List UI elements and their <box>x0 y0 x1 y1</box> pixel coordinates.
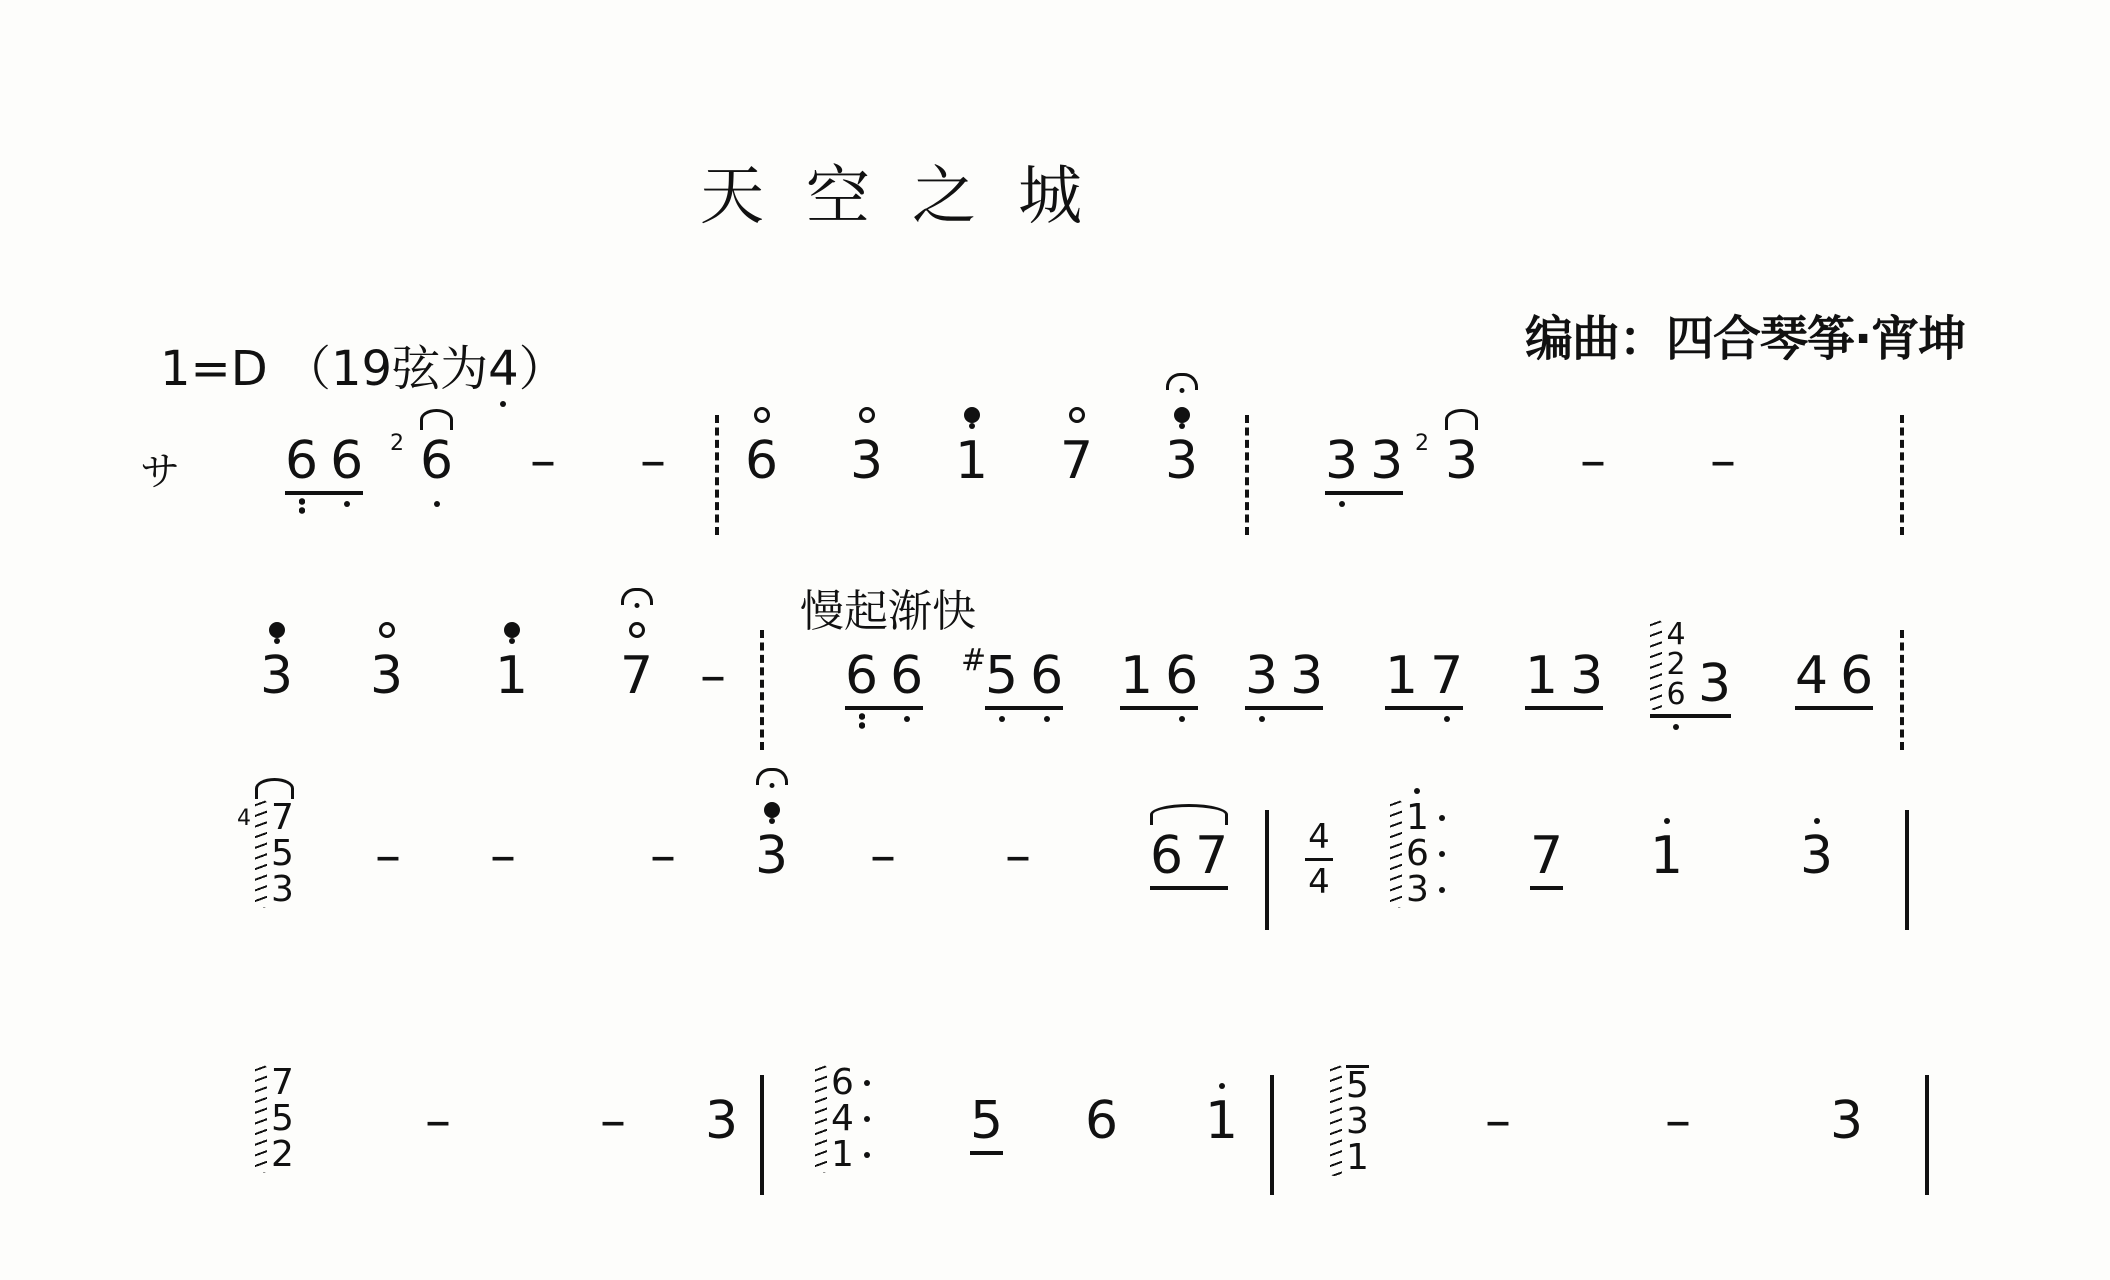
notation-item: 6 <box>745 435 778 487</box>
grace-note: 2 <box>1415 433 1429 455</box>
notation-item: 7 <box>1060 435 1093 487</box>
note-digit: 1 <box>1406 800 1429 836</box>
notation-item: 3 <box>850 435 883 487</box>
note: 1 <box>1205 1095 1238 1147</box>
notation-item: 32 <box>1445 435 1478 487</box>
note-digit: 1 <box>1346 1140 1369 1176</box>
grace-note: 2 <box>390 433 404 455</box>
eighth-note-beam: 4263 <box>1650 620 1731 718</box>
note-digit: 7 <box>271 800 294 836</box>
fermata-icon <box>1166 373 1198 390</box>
sustain-dash: – <box>490 830 516 882</box>
note-group: 66 <box>285 435 363 495</box>
notation-item: 13 <box>1525 650 1603 710</box>
barline <box>1265 810 1269 930</box>
notation-item: 1 <box>495 650 528 702</box>
notation-item: – <box>1005 830 1031 882</box>
notation-item: 1 <box>1205 1095 1238 1147</box>
note-digit: 3 <box>260 650 293 702</box>
eighth-note-beam: 56 <box>985 650 1063 710</box>
sustain-dash: – <box>640 435 666 487</box>
note: 3 <box>1165 435 1198 487</box>
notation-item: 7534 <box>255 800 294 908</box>
note-group: 7 <box>1530 830 1563 890</box>
notation-item: 3 <box>705 1095 738 1147</box>
note-digit: 2 <box>1666 650 1686 680</box>
note-digit: 1 <box>831 1137 854 1173</box>
slur-icon <box>1150 804 1228 825</box>
note-digit: 3 <box>1570 650 1603 702</box>
sustain-dash: – <box>1580 435 1606 487</box>
time-signature-line <box>1305 858 1333 861</box>
glissando-icon <box>815 1065 827 1173</box>
note-digit: 6 <box>285 435 318 487</box>
notation-item: 7 <box>620 650 653 702</box>
note-digit: 6 <box>1840 650 1873 702</box>
notation-item: – <box>1580 435 1606 487</box>
barline <box>1905 810 1909 930</box>
eighth-note-beam: 46 <box>1795 650 1873 710</box>
chord: 641 <box>815 1065 870 1173</box>
note-digit: 7 <box>1060 435 1093 487</box>
notation-item: 17 <box>1385 650 1463 710</box>
note-digit: 7 <box>1530 830 1563 882</box>
note-digit: 3 <box>1165 435 1198 487</box>
note-digit: 5 <box>970 1095 1003 1147</box>
tuning-note-pitch: 4 <box>488 341 519 397</box>
key-text: 1=D <box>160 341 268 397</box>
barline <box>1900 630 1904 750</box>
notation-item: 3 <box>1800 830 1833 882</box>
notation-item: 1 <box>1650 830 1683 882</box>
note-group: 33 <box>1325 435 1403 495</box>
notation-item: 33 <box>1245 650 1323 710</box>
note-digit: 6 <box>1030 650 1063 702</box>
barline <box>760 1075 764 1195</box>
sustain-dash: – <box>600 1095 626 1147</box>
free-meter-mark: サ <box>140 440 180 497</box>
barline <box>1925 1075 1929 1195</box>
notation-item: 752 <box>255 1065 294 1173</box>
note-group: 5 <box>970 1095 1003 1155</box>
note-digit: 6 <box>1085 1095 1118 1147</box>
chord-stack: 752 <box>271 1065 294 1173</box>
note-digit: 5 <box>985 650 1018 702</box>
note: 3 <box>705 1095 738 1147</box>
note: 6 <box>1085 1095 1118 1147</box>
dot-marks <box>1439 800 1445 908</box>
note-digit: 1 <box>1205 1095 1238 1147</box>
glissando-icon <box>1650 620 1662 710</box>
note-digit: 6 <box>1165 650 1198 702</box>
note-digit: 3 <box>1800 830 1833 882</box>
note-digit: 3 <box>1445 435 1478 487</box>
dot-marks <box>864 1065 870 1173</box>
tuning-note-prefix: （19弦为 <box>283 341 488 397</box>
time-signature-bottom: 4 <box>1308 865 1330 899</box>
notation-item: – <box>490 830 516 882</box>
notation-item: – <box>600 1095 626 1147</box>
sustain-dash: – <box>1710 435 1736 487</box>
glissando-icon <box>1390 800 1402 908</box>
notation-item: – <box>650 830 676 882</box>
note-digit: 6 <box>845 650 878 702</box>
notation-item: 641 <box>815 1065 870 1173</box>
note-group: 46 <box>1795 650 1873 710</box>
note: 7 <box>1060 435 1093 487</box>
note-digit: 3 <box>1325 435 1358 487</box>
slur-icon <box>255 778 294 799</box>
note-group: 13 <box>1525 650 1603 710</box>
barline <box>1245 415 1249 535</box>
notation-item: – <box>870 830 896 882</box>
notation-item: – <box>640 435 666 487</box>
notation-item: – <box>425 1095 451 1147</box>
glissando-icon <box>1330 1065 1342 1176</box>
notation-item: 5 <box>970 1095 1003 1155</box>
notation-item: – <box>1710 435 1736 487</box>
barline <box>715 415 719 535</box>
eighth-note-beam: 33 <box>1245 650 1323 710</box>
chord: 531 <box>1330 1065 1369 1176</box>
note-digit: 7 <box>1430 650 1463 702</box>
note-digit: 6 <box>831 1065 854 1101</box>
notation-item: 66 <box>845 650 923 710</box>
note-digit: 1 <box>1385 650 1418 702</box>
sustain-dash: – <box>1005 830 1031 882</box>
sustain-dash: – <box>530 435 556 487</box>
note: 3 <box>260 650 293 702</box>
note: 7 <box>620 650 653 702</box>
chord: 7534 <box>255 800 294 908</box>
notation-item: 7 <box>1530 830 1563 890</box>
note-digit: 3 <box>1406 872 1429 908</box>
eighth-note-beam: 7 <box>1530 830 1563 890</box>
note-digit: 5 <box>271 836 294 872</box>
barline <box>1900 415 1904 535</box>
chord: 752 <box>255 1065 294 1173</box>
note-digit: 7 <box>620 650 653 702</box>
chord: 426 <box>1650 620 1686 710</box>
note-digit: 3 <box>850 435 883 487</box>
fermata-icon <box>621 588 653 605</box>
key-signature: 1=D （19弦为4） <box>160 330 567 399</box>
note-digit: 6 <box>420 435 453 487</box>
note: 32 <box>1445 435 1478 487</box>
notation-item: 1 <box>955 435 988 487</box>
fermata-icon <box>756 768 788 785</box>
sustain-dash: – <box>1485 1095 1511 1147</box>
note: 62 <box>420 435 453 487</box>
notation-item: 4263 <box>1650 620 1731 718</box>
barline <box>1270 1075 1274 1195</box>
tuning-note-suffix: ） <box>519 341 567 397</box>
eighth-note-beam: 17 <box>1385 650 1463 710</box>
notation-item: 3 <box>1165 435 1198 487</box>
note-digit: 4 <box>1666 620 1686 650</box>
note-digit: 6 <box>1150 830 1183 882</box>
notation-item: 6 <box>1085 1095 1118 1147</box>
note: 3 <box>370 650 403 702</box>
note-digit: 1 <box>955 435 988 487</box>
eighth-note-beam: 5 <box>970 1095 1003 1155</box>
note: 6 <box>745 435 778 487</box>
chord-stack: 531 <box>1346 1065 1369 1176</box>
note-group: 67 <box>1150 830 1228 890</box>
note-digit: 6 <box>890 650 923 702</box>
note-digit: 5 <box>271 1101 294 1137</box>
note-digit: 3 <box>1290 650 1323 702</box>
eighth-note-beam: 66 <box>285 435 363 495</box>
sustain-dash: – <box>375 830 401 882</box>
note-digit: 5 <box>1346 1065 1369 1104</box>
chord-stack: 163 <box>1406 800 1429 908</box>
notation-item: 66 <box>285 435 363 495</box>
note-digit: 4 <box>1795 650 1828 702</box>
sustain-dash: – <box>700 650 726 702</box>
note: 3 <box>850 435 883 487</box>
note-group: 66 <box>845 650 923 710</box>
note-digit: 6 <box>330 435 363 487</box>
note-digit: 7 <box>1195 830 1228 882</box>
chord-stack: 753 <box>271 800 294 908</box>
time-signature-top: 4 <box>1308 820 1330 854</box>
notation-item: – <box>1665 1095 1691 1147</box>
score-sheet: 天空之城 1=D （19弦为4） 编曲：四合琴筝·宵坤 慢起渐快 サ 6662–… <box>0 0 2110 1280</box>
note-digit: 3 <box>370 650 403 702</box>
notation-item: 3 <box>755 830 788 882</box>
notation-item: 16 <box>1120 650 1198 710</box>
sustain-dash: – <box>425 1095 451 1147</box>
note-digit: 3 <box>705 1095 738 1147</box>
sustain-dash: – <box>870 830 896 882</box>
notation-item: 56# <box>985 650 1063 710</box>
notation-item: 3 <box>370 650 403 702</box>
note-group: 33 <box>1245 650 1323 710</box>
sustain-dash: – <box>650 830 676 882</box>
note: 1 <box>495 650 528 702</box>
note-digit: 1 <box>1650 830 1683 882</box>
notation-item: – <box>1485 1095 1511 1147</box>
note-digit: 6 <box>1406 836 1429 872</box>
note-digit: 3 <box>755 830 788 882</box>
note-digit: 4 <box>831 1101 854 1137</box>
notation-item: – <box>700 650 726 702</box>
sustain-dash: – <box>1665 1095 1691 1147</box>
glissando-icon <box>255 800 267 908</box>
note-digit: 3 <box>1698 658 1731 710</box>
note-digit: 3 <box>271 872 294 908</box>
notation-item: 33 <box>1325 435 1403 495</box>
glissando-icon <box>255 1065 267 1173</box>
chord: 163 <box>1390 800 1445 908</box>
eighth-note-beam: 16 <box>1120 650 1198 710</box>
time-signature: 44 <box>1305 820 1333 899</box>
tempo-marking: 慢起渐快 <box>800 575 976 639</box>
notation-item: 163 <box>1390 800 1445 908</box>
notation-item: – <box>375 830 401 882</box>
eighth-note-beam: 66 <box>845 650 923 710</box>
slur-icon <box>1445 409 1478 430</box>
note: 3 <box>1800 830 1833 882</box>
arranger-credit: 编曲：四合琴筝·宵坤 <box>1525 300 1965 369</box>
note-digit: 3 <box>1245 650 1278 702</box>
note: 1 <box>955 435 988 487</box>
song-title: 天空之城 <box>700 145 1124 237</box>
note-digit: 3 <box>1370 435 1403 487</box>
notation-item: – <box>530 435 556 487</box>
notation-item: 46 <box>1795 650 1873 710</box>
sharp-icon: # <box>961 646 986 676</box>
eighth-note-beam: 67 <box>1150 830 1228 890</box>
notation-item: 62 <box>420 435 453 487</box>
chord-note-group: 4263 <box>1650 620 1731 718</box>
chord-stack: 641 <box>831 1065 854 1173</box>
chord-stack: 426 <box>1666 620 1686 710</box>
note: 1 <box>1650 830 1683 882</box>
note-digit: 7 <box>271 1065 294 1101</box>
notation-item: 67 <box>1150 830 1228 890</box>
notation-item: 3 <box>1830 1095 1863 1147</box>
note-digit: 1 <box>1525 650 1558 702</box>
note: 3 <box>755 830 788 882</box>
note-group: 16 <box>1120 650 1198 710</box>
eighth-note-beam: 13 <box>1525 650 1603 710</box>
notation-item: 44 <box>1305 820 1333 899</box>
note-digit: 3 <box>1346 1104 1369 1140</box>
slur-icon <box>420 409 453 430</box>
note-digit: 1 <box>1120 650 1153 702</box>
note-group: 56# <box>985 650 1063 710</box>
note-group: 17 <box>1385 650 1463 710</box>
notation-item: 531 <box>1330 1065 1369 1176</box>
note-digit: 3 <box>1830 1095 1863 1147</box>
note-digit: 6 <box>1666 680 1686 710</box>
notation-item: 3 <box>260 650 293 702</box>
barline <box>760 630 764 750</box>
note: 3 <box>1830 1095 1863 1147</box>
note-digit: 2 <box>271 1137 294 1173</box>
grace-note: 4 <box>237 808 251 830</box>
note-digit: 1 <box>495 650 528 702</box>
eighth-note-beam: 33 <box>1325 435 1403 495</box>
note-digit: 6 <box>745 435 778 487</box>
